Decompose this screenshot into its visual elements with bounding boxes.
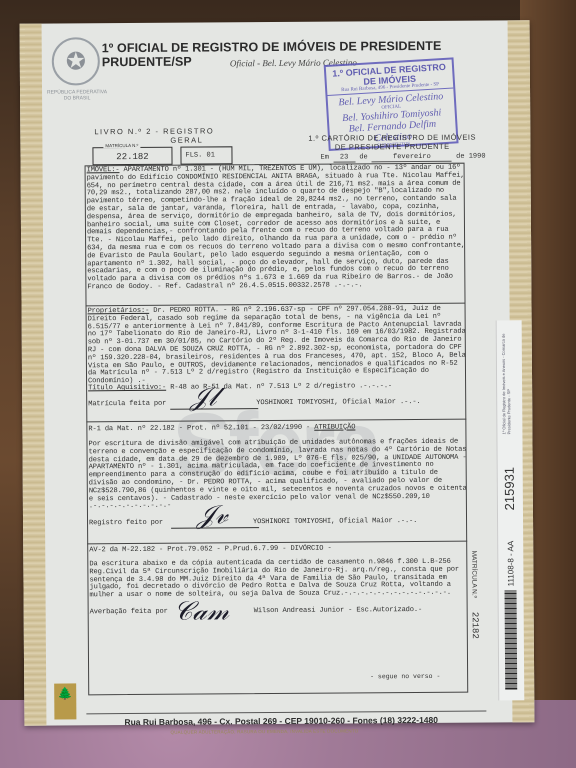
cartorio-line-2: DE PRESIDENTE PRUDENTE [308, 142, 476, 152]
matricula-box: MATRÍCULA N.º 22.182 [92, 147, 172, 166]
date-day: 23 [333, 153, 355, 162]
strip-cert-text: 1º Oficial de Registro de Imóveis e Anex… [501, 324, 520, 434]
decorative-border-left [20, 24, 47, 726]
imovel-section: IMÓVEL:- APARTAMENTO nº 1.301 - (HUM MIL… [87, 165, 466, 292]
crest-label: REPÚBLICA FEDERATIVA DO BRASIL [46, 89, 108, 101]
side-matricula: MATRÍCULA N.º 22182 [469, 551, 480, 639]
signature-2: 𝒥𝓋 [197, 500, 228, 531]
signature-3: 𝒞𝒶𝓂 [174, 596, 230, 627]
side-matricula-number: 22182 [470, 612, 480, 639]
date-of-1: de [359, 153, 367, 161]
date-year: 90 [477, 153, 485, 161]
proprietarios-text: Dr. PEDRO ROTTA. - RG nº 2.196.637-sp - … [88, 305, 470, 386]
av2-heading-text: AV-2 da M-22.182 - Prot.79.052 - P.Prud.… [89, 545, 331, 555]
date-line: Em 23 de fevereiro de 1990 [320, 153, 485, 163]
strip-code: 11108-8 - AA [506, 516, 515, 586]
proprietarios-section: Proprietários:- Dr. PEDRO ROTTA. - RG nº… [88, 306, 467, 387]
av2-section: Da escritura abaixo e da cópia autentica… [89, 559, 467, 601]
matricula-feita-officer: YOSHINORI TOMIYOSHI, Oficial Maior .-.-. [256, 398, 420, 407]
registro-feito-label: Registro feito por [89, 519, 163, 528]
r1-heading-tag: ATRIBUIÇÃO [314, 423, 355, 431]
av2-text: Da escritura abaixo e da cópia autentica… [89, 558, 463, 600]
coat-of-arms-icon: ✪ [52, 37, 100, 85]
fls-box: FLS. 01 [180, 146, 232, 164]
matricula-feita-label: Matrícula feita por [88, 400, 166, 409]
signature-1: 𝒥𝓁 [190, 382, 217, 413]
titulo-label: Título Aquisitivo:- [88, 384, 166, 393]
security-strip: 1º Oficial de Registro de Imóveis e Anex… [496, 320, 525, 700]
registry-document: ✪ REPÚBLICA FEDERATIVA DO BRASIL 1º OFIC… [20, 20, 535, 726]
r1-text: Por escritura de divisão amigável com at… [88, 438, 470, 511]
footer-rule [86, 711, 486, 715]
barcode-icon [505, 590, 518, 690]
strip-serial: 215931 [501, 440, 516, 510]
date-prefix: Em [320, 154, 328, 162]
imovel-text: APARTAMENTO nº 1.301 - (HUM MIL, TREZENT… [87, 164, 469, 292]
fls-value: 01 [206, 151, 214, 159]
date-month: fevereiro [372, 153, 452, 163]
r1-heading-text: R-1 da Mat. nº 22.182 - Prot. nº 52.101 … [88, 424, 314, 434]
fsc-tree-icon: 🌲 [54, 683, 76, 719]
averbacao-officer: Wilson Andreasi Junior - Esc.Autorizado.… [254, 606, 422, 615]
registro-feito-officer: YOSHINORI TOMIYOSHI, Oficial Maior .-.-. [253, 517, 417, 526]
side-matricula-label: MATRÍCULA N.º [470, 551, 477, 598]
r1-section: Por escritura de divisão amigável com at… [88, 439, 466, 512]
date-of-2: de 19 [456, 153, 477, 161]
cartorio-label: 1.º CARTÓRIO DE REGISTRO DE IMÓVEIS DE P… [308, 133, 476, 152]
matricula-label: MATRÍCULA N.º [103, 143, 140, 148]
fls-label: FLS. [185, 152, 202, 160]
averbacao-label: Averbação feita por [90, 608, 168, 617]
continue-on-back: - segue no verso - [370, 673, 440, 680]
matricula-number: 22.182 [116, 152, 148, 162]
